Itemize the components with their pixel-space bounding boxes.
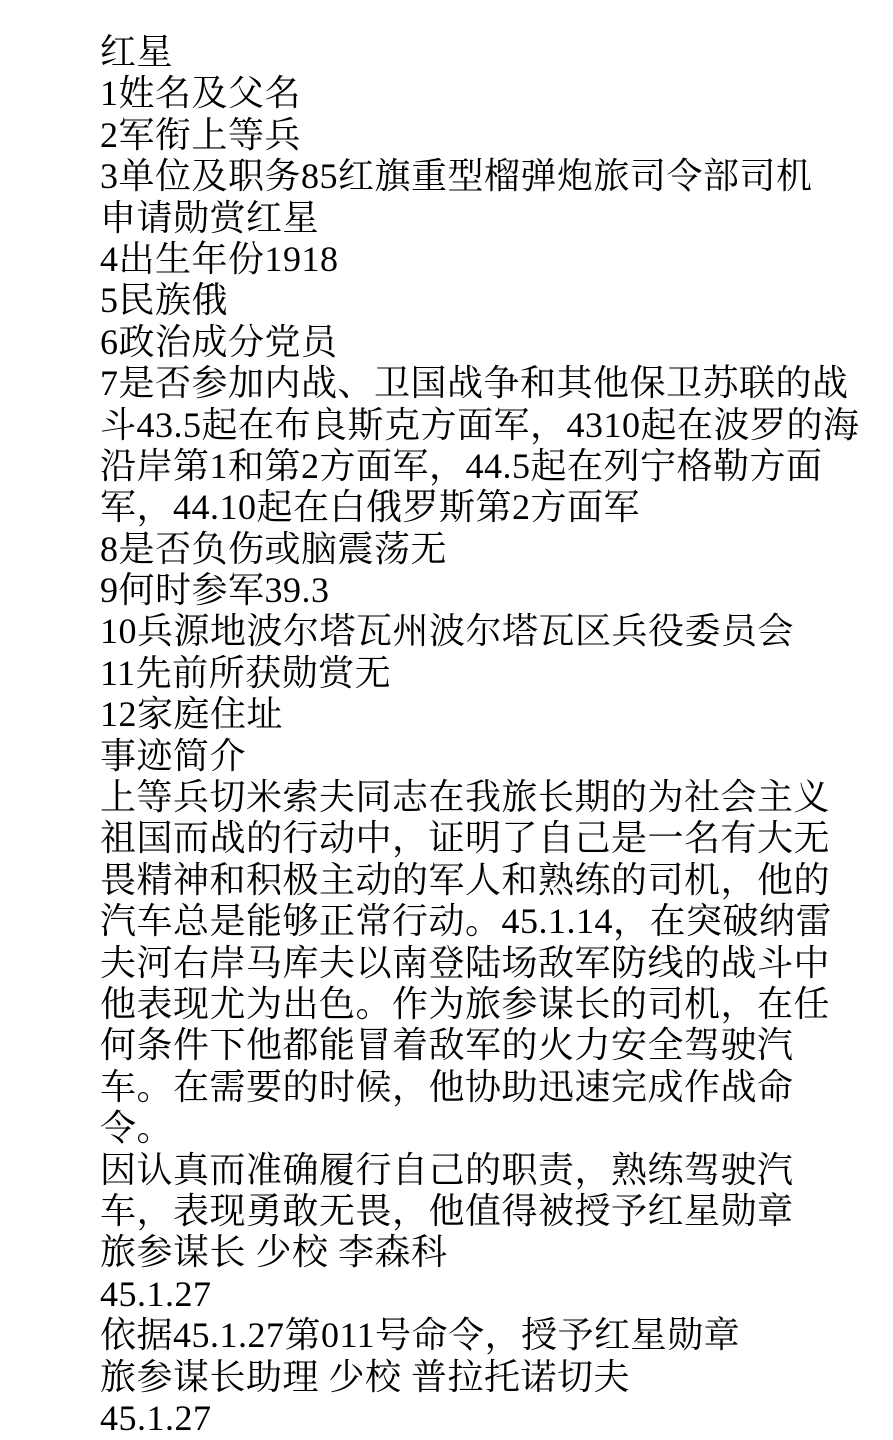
text-line: 8是否负伤或脑震荡无 (100, 529, 873, 570)
text-line: 汽车总是能够正常行动。45.1.14，在突破纳雷 (100, 901, 873, 942)
text-line: 6政治成分党员 (100, 322, 873, 363)
text-line: 依据45.1.27第011号命令，授予红星勋章 (100, 1315, 873, 1356)
text-line: 军，44.10起在白俄罗斯第2方面军 (100, 487, 873, 528)
text-line: 旅参谋长 少校 李森科 (100, 1232, 873, 1273)
text-line: 红星 (100, 32, 873, 73)
text-line: 10兵源地波尔塔瓦州波尔塔瓦区兵役委员会 (100, 611, 873, 652)
text-line: 3单位及职务85红旗重型榴弹炮旅司令部司机 (100, 156, 873, 197)
text-line: 他表现尤为出色。作为旅参谋长的司机，在任 (100, 984, 873, 1025)
text-line: 祖国而战的行动中，证明了自己是一名有大无 (100, 818, 873, 859)
text-line: 何条件下他都能冒着敌军的火力安全驾驶汽 (100, 1025, 873, 1066)
text-line: 旅参谋长助理 少校 普拉托诺切夫 (100, 1357, 873, 1398)
text-line: 7是否参加内战、卫国战争和其他保卫苏联的战 (100, 363, 873, 404)
text-line: 车。在需要的时候，他协助迅速完成作战命 (100, 1067, 873, 1108)
text-line: 斗43.5起在布良斯克方面军，4310起在波罗的海 (100, 405, 873, 446)
text-line: 车，表现勇敢无畏，他值得被授予红星勋章 (100, 1191, 873, 1232)
text-line: 45.1.27 (100, 1398, 873, 1439)
text-line: 1姓名及父名 (100, 73, 873, 114)
text-line: 11先前所获勋赏无 (100, 653, 873, 694)
text-line: 畏精神和积极主动的军人和熟练的司机，他的 (100, 860, 873, 901)
text-line: 9何时参军39.3 (100, 570, 873, 611)
text-line: 12家庭住址 (100, 694, 873, 735)
text-line: 45.1.27 (100, 1274, 873, 1315)
text-line: 上等兵切米索夫同志在我旅长期的为社会主义 (100, 777, 873, 818)
text-line: 沿岸第1和第2方面军，44.5起在列宁格勒方面 (100, 446, 873, 487)
text-line: 2军衔上等兵 (100, 115, 873, 156)
text-line: 令。 (100, 1108, 873, 1149)
document-text: 红星1姓名及父名2军衔上等兵3单位及职务85红旗重型榴弹炮旅司令部司机申请勋赏红… (100, 32, 873, 1439)
text-line: 申请勋赏红星 (100, 198, 873, 239)
document-page: 红星1姓名及父名2军衔上等兵3单位及职务85红旗重型榴弹炮旅司令部司机申请勋赏红… (0, 0, 893, 1440)
text-line: 5民族俄 (100, 280, 873, 321)
text-line: 夫河右岸马库夫以南登陆场敌军防线的战斗中 (100, 943, 873, 984)
text-line: 因认真而准确履行自己的职责，熟练驾驶汽 (100, 1150, 873, 1191)
text-line: 4出生年份1918 (100, 239, 873, 280)
text-line: 事迹简介 (100, 736, 873, 777)
